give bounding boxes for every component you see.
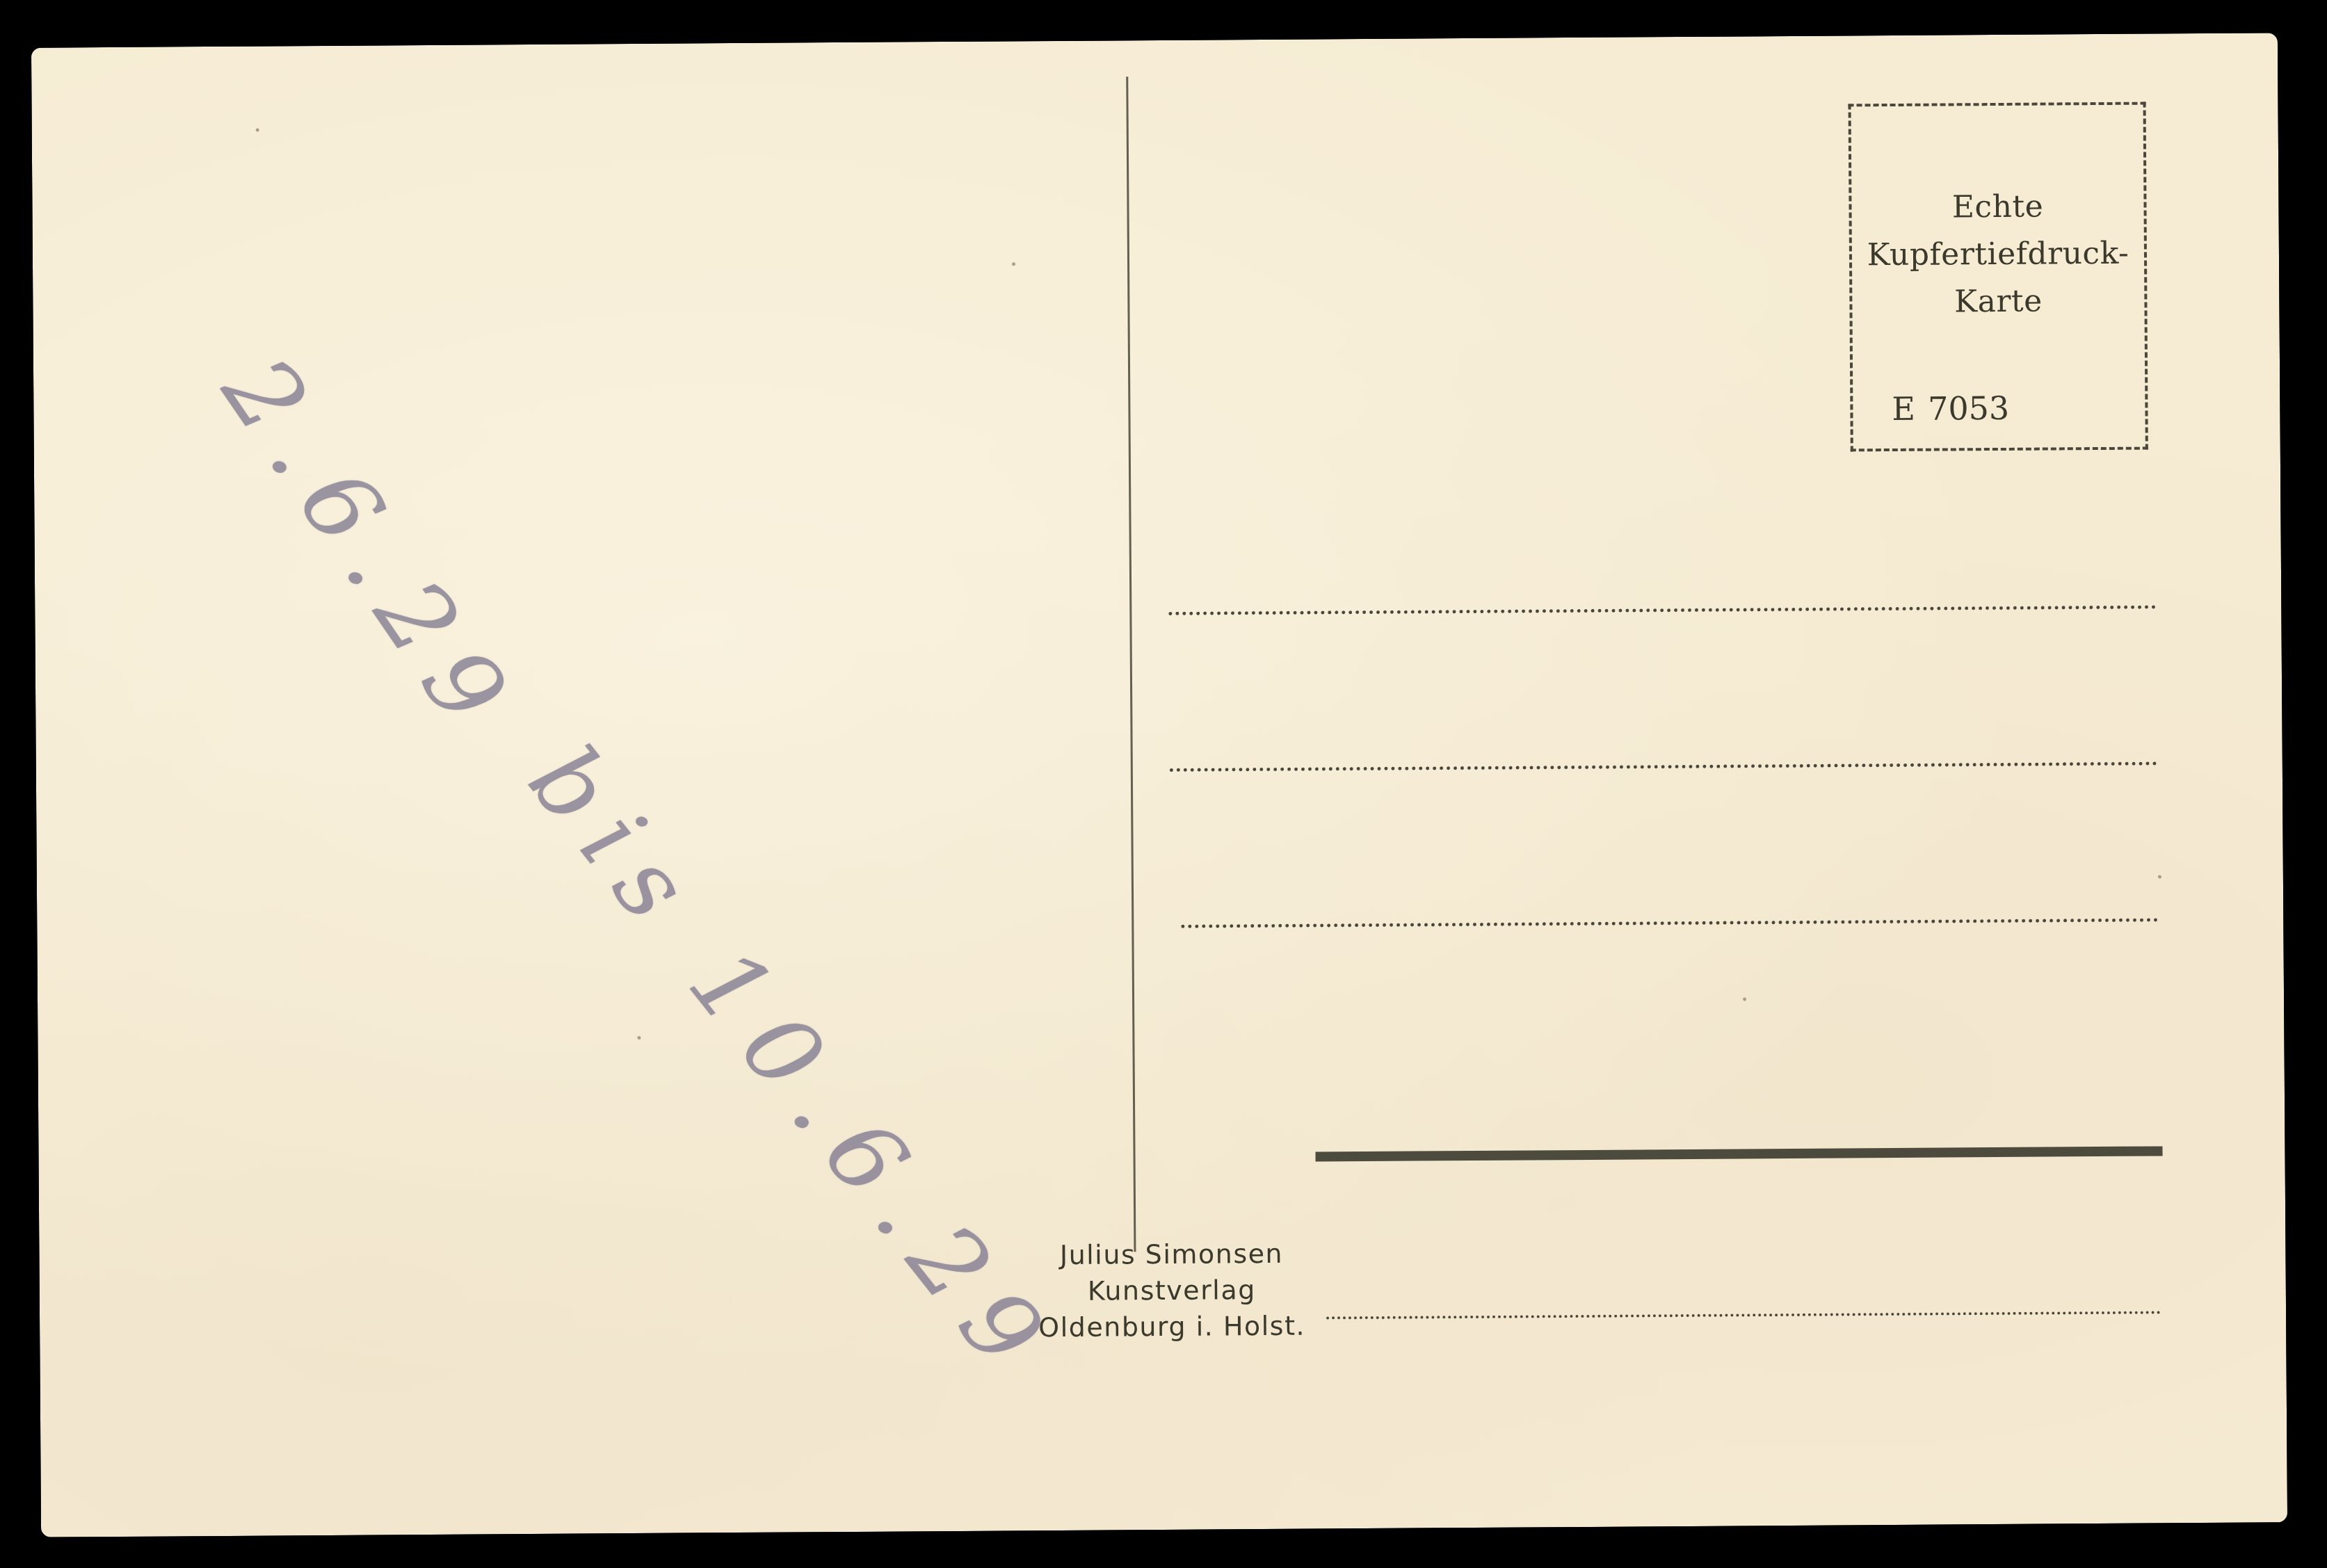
address-line-2 [1170, 761, 2157, 771]
address-line-3 [1181, 918, 2158, 928]
stamp-box-label: Echte Kupfertiefdruck- Karte [1851, 183, 2144, 327]
card-code: E7053 [1892, 389, 2009, 428]
stamp-label-line-1: Echte [1851, 183, 2143, 232]
card-code-number: 7053 [1928, 389, 2009, 428]
address-line-4 [1326, 1311, 2161, 1319]
paper-speck [1012, 262, 1015, 266]
paper-speck [2158, 875, 2161, 878]
paper-speck [1743, 997, 1746, 1001]
stamp-placement-box: Echte Kupfertiefdruck- Karte E7053 [1849, 102, 2148, 452]
postcard-back: Echte Kupfertiefdruck- Karte E7053 Juliu… [31, 33, 2287, 1537]
handwritten-date-start: 2.6.29 [200, 338, 540, 761]
publisher-name: Julius Simonsen [990, 1235, 1352, 1273]
card-code-prefix: E [1892, 390, 1915, 428]
paper-speck [637, 1036, 641, 1040]
paper-speck [256, 129, 259, 132]
address-underline-bar [1316, 1146, 2163, 1161]
center-divider-line [1126, 76, 1136, 1252]
handwritten-date-range: bis 10.6.29 [507, 725, 1077, 1403]
stamp-label-line-2: Kupfertiefdruck- [1852, 230, 2144, 280]
stamp-label-line-3: Karte [1852, 277, 2144, 327]
address-line-1 [1168, 605, 2156, 615]
